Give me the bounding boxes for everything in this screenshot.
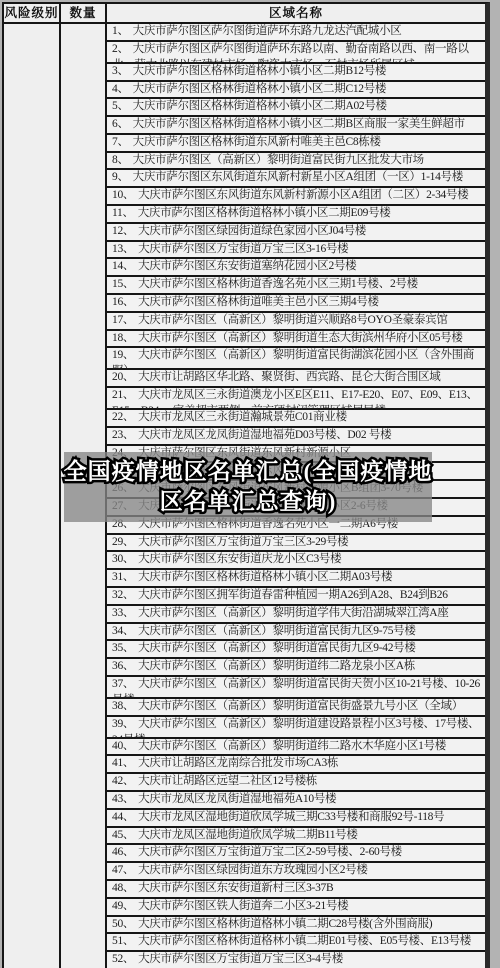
row-number: 5、 <box>112 100 129 112</box>
row-area-text: 大庆市萨尔图区东安街道庆龙小区C3号楼 <box>138 553 341 565</box>
row-number: 41、 <box>112 757 134 769</box>
watermark-overlay: 全国疫情地区名单汇总(全国疫情地 区名单汇总查询) <box>64 452 432 522</box>
row-number: 18、 <box>112 332 134 344</box>
table-row: 51、大庆市萨尔图区格林街道格林小镇二期E01号楼、E05号楼、E13号楼 <box>107 934 485 952</box>
table-row: 37、大庆市萨尔图区（高新区）黎明街道富民街天贺小区10-21号楼、10-26号… <box>107 677 485 699</box>
row-number: 29、 <box>112 536 134 548</box>
row-number: 17、 <box>112 314 134 326</box>
table-row: 39、大庆市萨尔图区（高新区）黎明街道建设路景程小区3号楼、17号楼、24号楼 <box>107 717 485 739</box>
row-number: 22、 <box>112 411 134 423</box>
row-number: 11、 <box>112 207 134 219</box>
row-area-text: 大庆市让胡路区远望二社区12号楼栋 <box>138 775 317 787</box>
row-number: 21、 <box>112 389 134 401</box>
row-area-text: 大庆市龙凤区湿地街道欣凤学城三期C33号楼和商服92号-118号 <box>138 811 444 823</box>
table-row: 12、大庆市萨尔图区绿园街道绿色家园小区J04号楼 <box>107 224 485 242</box>
header-area-name: 区域名称 <box>107 4 485 22</box>
row-area-text: 大庆市萨尔图区格林街道格林小镇二期C28号楼(含外围商服) <box>138 918 432 930</box>
row-area-text: 大庆市萨尔图区（高新区）黎明街道富民街九区9-75号楼 <box>138 625 415 637</box>
row-area-text: 大庆市萨尔图区拥军街道春雷种植园一期A26到A28、B24到B26 <box>138 589 448 601</box>
table-row: 35、大庆市萨尔图区（高新区）黎明街道富民街九区9-42号楼 <box>107 641 485 659</box>
table-row: 10、大庆市萨尔图区东风街道东风新村新源小区A组团（二区）2-34号楼 <box>107 188 485 206</box>
table-row: 13、大庆市萨尔图区万宝街道万宝三区3-16号楼 <box>107 242 485 260</box>
row-number: 45、 <box>112 829 134 841</box>
row-number: 10、 <box>112 189 134 201</box>
table-row: 31、大庆市萨尔图区格林街道格林小镇小区二期A03号楼 <box>107 570 485 588</box>
row-area-text: 大庆市萨尔图区（高新区）黎明街道富民街盛景九号小区（全域） <box>138 700 463 712</box>
row-number: 33、 <box>112 607 134 619</box>
row-number: 6、 <box>112 118 129 130</box>
row-number: 3、 <box>112 65 129 77</box>
row-number: 35、 <box>112 642 134 654</box>
row-number: 23、 <box>112 429 134 441</box>
row-area-text: 大庆市萨尔图区东风街道东风新村新星小区A组团（一区）1-14号楼 <box>133 171 463 183</box>
row-number: 30、 <box>112 553 134 565</box>
table-row: 50、大庆市萨尔图区格林街道格林小镇二期C28号楼(含外围商服) <box>107 917 485 935</box>
row-area-text: 大庆市萨尔图区东安街道塞纳花园小区2号楼 <box>138 260 356 272</box>
row-area-text: 大庆市萨尔图区（高新区）黎明街道兴顺路8号OYO圣豪泰宾馆 <box>138 314 447 326</box>
row-area-text: 大庆市龙凤区三永街道瀚城景苑C01商业楼 <box>138 411 347 423</box>
table-row: 8、大庆市萨尔图区（高新区）黎明街道富民街九区批发大市场 <box>107 153 485 171</box>
table-row: 45、大庆市龙凤区湿地街道欣凤学城二期B11号楼 <box>107 828 485 846</box>
row-number: 19、 <box>112 349 134 361</box>
table-row: 14、大庆市萨尔图区东安街道塞纳花园小区2号楼 <box>107 259 485 277</box>
table-row: 52、大庆市萨尔图区万宝街道万宝三区3-4号楼 <box>107 952 485 968</box>
row-area-text: 大庆市让胡路区龙南综合批发市场CA3栋 <box>138 757 338 769</box>
table-row: 42、大庆市让胡路区远望二社区12号楼栋 <box>107 774 485 792</box>
row-area-text: 大庆市萨尔图区东风街道东风新村新源小区A组团（二区）2-34号楼 <box>138 189 468 201</box>
row-area-text: 大庆市萨尔图区东安街道新村三区3-37B <box>138 882 333 894</box>
row-area-text: 大庆市萨尔图区格林街道格林小镇小区二期C12号楼 <box>133 83 386 95</box>
table-row: 46、大庆市萨尔图区万宝街道万宝二区2-59号楼、2-60号楼 <box>107 845 485 863</box>
row-area-text: 大庆市萨尔图区格林街道格林小镇小区二期B区商服一家美生鲜超市 <box>133 118 465 130</box>
watermark-line-1: 全国疫情地区名单汇总(全国疫情地 <box>64 457 433 487</box>
row-area-text: 大庆市萨尔图区绿园街道东方玫瑰园小区2号楼 <box>138 864 367 876</box>
row-number: 1、 <box>112 25 129 37</box>
row-number: 44、 <box>112 811 134 823</box>
table-row: 49、大庆市萨尔图区铁人街道奔二小区3-21号楼 <box>107 899 485 917</box>
row-area-text: 大庆市萨尔图区格林街道格林小镇小区二期A03号楼 <box>138 571 392 583</box>
table-row: 32、大庆市萨尔图区拥军街道春雷种植园一期A26到A28、B24到B26 <box>107 588 485 606</box>
table-row: 5、大庆市萨尔图区格林街道格林小镇小区二期A02号楼 <box>107 99 485 117</box>
table-row: 18、大庆市萨尔图区（高新区）黎明街道生态大街滨州华府小区05号楼 <box>107 331 485 349</box>
header-risk-level: 风险级别 <box>4 4 61 22</box>
table-row: 1、大庆市萨尔图区萨尔图街道萨环东路九龙达汽配城小区 <box>107 24 485 42</box>
row-area-text: 大庆市龙凤区龙凤街道湿地福苑D03号楼、D02 号楼 <box>138 429 391 441</box>
row-number: 14、 <box>112 260 134 272</box>
row-area-text: 大庆市萨尔图区格林街道东风新村唯美主邑C8栋楼 <box>133 136 381 148</box>
row-number: 20、 <box>112 371 134 383</box>
row-number: 9、 <box>112 171 129 183</box>
table-row: 41、大庆市让胡路区龙南综合批发市场CA3栋 <box>107 756 485 774</box>
row-area-text: 大庆市萨尔图区（高新区）黎明街道学伟大街沿湖城翠江湾A座 <box>138 607 448 619</box>
row-number: 52、 <box>112 953 134 965</box>
row-number: 36、 <box>112 660 134 672</box>
table-row: 7、大庆市萨尔图区格林街道东风新村唯美主邑C8栋楼 <box>107 135 485 153</box>
row-number: 43、 <box>112 793 134 805</box>
row-number: 12、 <box>112 225 134 237</box>
row-number: 38、 <box>112 700 134 712</box>
row-area-text: 大庆市萨尔图区格林街道格林小镇二期E01号楼、E05号楼、E13号楼 <box>138 935 471 947</box>
row-number: 47、 <box>112 864 134 876</box>
row-area-text: 大庆市萨尔图区铁人街道奔二小区3-21号楼 <box>138 900 348 912</box>
row-area-text: 大庆市萨尔图区格林街道唯美主邑小区三期4号楼 <box>138 296 379 308</box>
row-number: 48、 <box>112 882 134 894</box>
table-row: 20、大庆市让胡路区华北路、聚贤街、西宾路、昆仑大街合围区域 <box>107 370 485 388</box>
row-area-text: 大庆市萨尔图区（高新区）黎明街道生态大街滨州华府小区05号楼 <box>138 332 463 344</box>
row-area-text: 大庆市萨尔图区万宝街道万宝三区3-16号楼 <box>138 243 348 255</box>
table-row: 19、大庆市萨尔图区（高新区）黎明街道富民街湖滨花园小区（含外围商服） <box>107 348 485 370</box>
row-area-text: 大庆市萨尔图区万宝街道万宝三区3-4号楼 <box>138 953 343 965</box>
table-row: 21、大庆市龙凤区三永街道澳龙小区E区E11、E17-E20、E07、E09、E… <box>107 388 485 410</box>
row-number: 13、 <box>112 243 134 255</box>
row-number: 32、 <box>112 589 134 601</box>
table-row: 17、大庆市萨尔图区（高新区）黎明街道兴顺路8号OYO圣豪泰宾馆 <box>107 313 485 331</box>
row-number: 39、 <box>112 718 134 730</box>
row-area-text: 大庆市萨尔图区（高新区）黎明街道纬二路龙泉小区A栋 <box>138 660 415 672</box>
row-number: 7、 <box>112 136 129 148</box>
table-row: 48、大庆市萨尔图区东安街道新村三区3-37B <box>107 881 485 899</box>
watermark-line-2: 区名单汇总查询) <box>160 487 337 517</box>
table-row: 33、大庆市萨尔图区（高新区）黎明街道学伟大街沿湖城翠江湾A座 <box>107 606 485 624</box>
row-number: 42、 <box>112 775 134 787</box>
row-area-text: 大庆市萨尔图区格林街道香逸名苑小区三期1号楼、2号楼 <box>138 278 418 290</box>
row-area-text: 大庆市萨尔图区格林街道格林小镇小区二期B12号楼 <box>133 65 386 77</box>
table-row: 9、大庆市萨尔图区东风街道东风新村新星小区A组团（一区）1-14号楼 <box>107 170 485 188</box>
row-number: 46、 <box>112 846 134 858</box>
row-number: 15、 <box>112 278 134 290</box>
row-area-text: 大庆市萨尔图区（高新区）黎明街道富民街九区9-42号楼 <box>138 642 415 654</box>
row-area-text: 大庆市萨尔图区（高新区）黎明街道富民街九区批发大市场 <box>133 154 424 166</box>
row-area-text: 大庆市萨尔图区格林街道格林小镇小区二期A02号楼 <box>133 100 387 112</box>
risk-level-cell <box>4 24 61 968</box>
row-number: 31、 <box>112 571 134 583</box>
row-area-text: 大庆市萨尔图区万宝街道万宝二区2-59号楼、2-60号楼 <box>138 846 402 858</box>
table-row: 43、大庆市龙凤区龙凤街道湿地福苑A10号楼 <box>107 792 485 810</box>
table-row: 40、大庆市萨尔图区（高新区）黎明街道纬二路水木华庭小区1号楼 <box>107 739 485 757</box>
table-row: 34、大庆市萨尔图区（高新区）黎明街道富民街九区9-75号楼 <box>107 624 485 642</box>
row-number: 51、 <box>112 935 134 947</box>
row-area-text: 大庆市龙凤区湿地街道欣凤学城二期B11号楼 <box>138 829 357 841</box>
table-row: 2、大庆市萨尔图区萨尔图街道萨环东路以南、勤奋南路以西、南一路以北、萨大北路以东… <box>107 42 485 64</box>
table-row: 29、大庆市萨尔图区万宝街道万宝三区3-29号楼 <box>107 535 485 553</box>
row-number: 8、 <box>112 154 129 166</box>
table-row: 4、大庆市萨尔图区格林街道格林小镇小区二期C12号楼 <box>107 82 485 100</box>
table-row: 44、大庆市龙凤区湿地街道欣凤学城三期C33号楼和商服92号-118号 <box>107 810 485 828</box>
row-area-text: 大庆市龙凤区龙凤街道湿地福苑A10号楼 <box>138 793 336 805</box>
row-number: 34、 <box>112 625 134 637</box>
table-row: 22、大庆市龙凤区三永街道瀚城景苑C01商业楼 <box>107 410 485 428</box>
row-number: 16、 <box>112 296 134 308</box>
row-area-text: 大庆市萨尔图区绿园街道绿色家园小区J04号楼 <box>138 225 366 237</box>
table-row: 15、大庆市萨尔图区格林街道香逸名苑小区三期1号楼、2号楼 <box>107 277 485 295</box>
row-area-text: 大庆市萨尔图区（高新区）黎明街道纬二路水木华庭小区1号楼 <box>138 740 446 752</box>
table-header-row: 风险级别 数量 区域名称 <box>4 4 485 24</box>
row-area-text: 大庆市萨尔图区萨尔图街道萨环东路九龙达汽配城小区 <box>133 25 402 37</box>
row-number: 4、 <box>112 83 129 95</box>
table-row: 30、大庆市萨尔图区东安街道庆龙小区C3号楼 <box>107 552 485 570</box>
header-quantity: 数量 <box>61 4 107 22</box>
row-number: 49、 <box>112 900 134 912</box>
row-number: 2、 <box>112 43 129 55</box>
table-row: 11、大庆市萨尔图区格林街道格林小镇小区二期E09号楼 <box>107 206 485 224</box>
row-number: 50、 <box>112 918 134 930</box>
row-number: 37、 <box>112 678 134 690</box>
row-area-text: 大庆市萨尔图区万宝街道万宝三区3-29号楼 <box>138 536 348 548</box>
row-number: 40、 <box>112 740 134 752</box>
table-row: 38、大庆市萨尔图区（高新区）黎明街道富民街盛景九号小区（全域） <box>107 699 485 717</box>
table-row: 23、大庆市龙凤区龙凤街道湿地福苑D03号楼、D02 号楼 <box>107 428 485 446</box>
table-row: 36、大庆市萨尔图区（高新区）黎明街道纬二路龙泉小区A栋 <box>107 659 485 677</box>
row-area-text: 大庆市萨尔图区格林街道格林小镇小区二期E09号楼 <box>138 207 391 219</box>
table-row: 6、大庆市萨尔图区格林街道格林小镇小区二期B区商服一家美生鲜超市 <box>107 117 485 135</box>
table-row: 16、大庆市萨尔图区格林街道唯美主邑小区三期4号楼 <box>107 295 485 313</box>
table-row: 47、大庆市萨尔图区绿园街道东方玫瑰园小区2号楼 <box>107 863 485 881</box>
row-area-text: 大庆市让胡路区华北路、聚贤街、西宾路、昆仑大街合围区域 <box>138 371 440 383</box>
table-row: 3、大庆市萨尔图区格林街道格林小镇小区二期B12号楼 <box>107 64 485 82</box>
